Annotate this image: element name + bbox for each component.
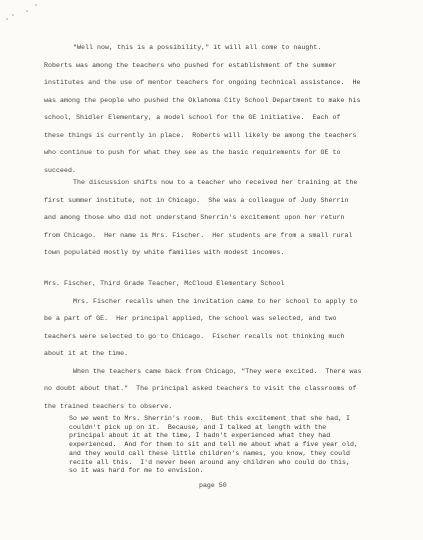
block-quote-line: couldn't pick up on it. Because, and I t…	[69, 423, 326, 432]
block-quote-line: so it was hard for me to envision.	[69, 466, 204, 475]
text-line: who continue to push for what they see a…	[44, 148, 341, 157]
text-line: town populated mostly by white families …	[44, 248, 284, 257]
text-line: Mrs. Fischer recalls when the invitation…	[73, 297, 358, 306]
block-quote-line: So we went to Mrs. Sherrin's room. But t…	[69, 414, 350, 423]
paper-speck	[12, 14, 14, 16]
text-line: succeed.	[44, 166, 76, 175]
block-quote-line: principal about it at the time, I hadn't…	[69, 431, 330, 440]
text-line: The discussion shifts now to a teacher w…	[73, 178, 358, 187]
text-line: teachers were selected to go to Chicago.…	[44, 332, 345, 341]
text-line: When the teachers came back from Chicago…	[73, 367, 362, 376]
text-line: and among those who did not understand S…	[44, 213, 345, 222]
text-line: Roberts was among the teachers who pushe…	[44, 61, 337, 70]
text-line: school, Shidler Elementary, a model scho…	[44, 113, 341, 122]
text-line: was among the people who pushed the Okla…	[44, 96, 361, 105]
paper-speck	[26, 10, 28, 12]
text-line: "Well now, this is a possibility," it wi…	[73, 43, 321, 52]
section-heading: Mrs. Fischer, Third Grade Teacher, McClo…	[44, 279, 284, 288]
text-line: from Chicago. Her name is Mrs. Fischer. …	[44, 231, 353, 240]
text-line: first summer institute, not in Chicago. …	[44, 196, 349, 205]
text-line: be a part of GE. Her principal applied, …	[44, 314, 337, 323]
text-line: institutes and the use of mentor teacher…	[44, 78, 361, 87]
document-page: "Well now, this is a possibility," it wi…	[0, 0, 423, 540]
text-line: no doubt about that." The principal aske…	[44, 384, 357, 393]
text-line: the trained teachers to observe.	[44, 402, 172, 411]
text-line: these things is currently in place. Robe…	[44, 131, 357, 140]
block-quote-line: recite all this. I'd never been around a…	[69, 458, 350, 467]
page-number: page 50	[199, 482, 227, 489]
paper-speck	[6, 18, 8, 20]
block-quote-line: and they would call these little childre…	[69, 449, 350, 458]
text-line: about it at the time.	[44, 349, 128, 358]
paper-speck	[35, 4, 37, 6]
block-quote-line: experienced. And for them to sit and tel…	[69, 440, 358, 449]
